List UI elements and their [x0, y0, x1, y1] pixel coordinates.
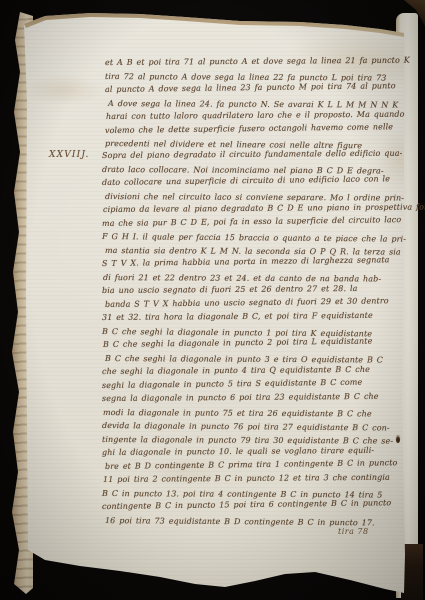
manuscript-line: et A B et poi tira 71 al puncto A et dov… [105, 56, 403, 72]
manuscript-line: modi la diagonale in punto 75 et tira 26… [102, 408, 404, 423]
manuscript-line: 11 poi tira 2 contingente B C in puncto … [102, 473, 404, 489]
margin-section-number: XXVIIJ. [49, 150, 90, 160]
manuscript-line: S T V X. la prima habbia una porta in me… [102, 255, 404, 272]
manuscript-line: dato collocare una superficie di circuit… [102, 174, 404, 191]
manuscript-line: al puncto A dove sega la linea 23 fa pun… [105, 81, 403, 98]
manuscript-line: 31 et 32. tira hora la diagonale B C, et… [102, 311, 404, 327]
catchword: tira 78 [338, 527, 369, 536]
manuscript-line: Sopra del piano degradato il circuito fu… [102, 149, 404, 165]
manuscript-line: contingente B C in puncto 15 poi tira 6 … [102, 498, 404, 515]
manuscript-paragraph-end: et A B et poi tira 71 al puncto A et dov… [105, 58, 403, 153]
manuscript-line: B C che seghi la diagonale in puncto 2 p… [102, 336, 404, 353]
manuscript-line: segna la diagonale in puncto 6 poi tira … [102, 392, 404, 408]
photo-background: XXVIIJ. et A B et poi tira 71 al puncto … [0, 0, 425, 600]
manuscript-section-text: Sopra del piano degradato il circuito fu… [102, 151, 404, 529]
